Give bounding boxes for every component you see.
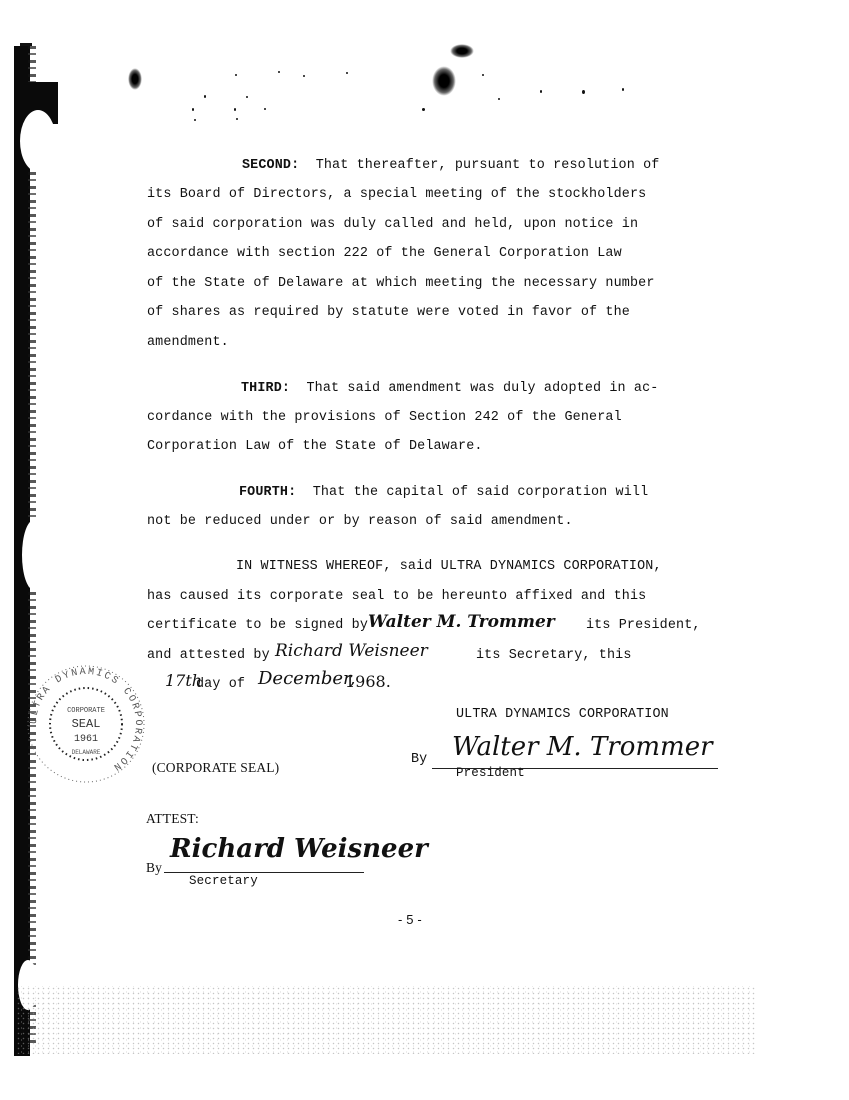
paragraph-fourth-heading: FOURTH: That the capital of said corpora… — [239, 485, 648, 500]
seal-caption: (CORPORATE SEAL) — [152, 760, 279, 776]
punch-hole — [22, 520, 46, 590]
witness-line: its Secretary, this — [476, 648, 632, 663]
president-title: President — [456, 766, 525, 780]
paragraph-second-line: accordance with section 222 of the Gener… — [147, 246, 622, 261]
svg-text:SEAL: SEAL — [72, 717, 101, 731]
svg-text:DELAWARE: DELAWARE — [72, 749, 101, 756]
punch-hole — [20, 110, 56, 172]
svg-text:1961: 1961 — [74, 734, 98, 745]
paragraph-third-line: cordance with the provisions of Section … — [147, 410, 622, 425]
paragraph-second-line: of shares as required by statute were vo… — [147, 305, 630, 320]
scan-speck — [432, 66, 456, 96]
page-number: - 5 - — [398, 912, 422, 927]
scan-noise — [16, 986, 756, 1054]
witness-line: IN WITNESS WHEREOF, said ULTRA DYNAMICS … — [236, 559, 662, 574]
svg-text:CORPORATE: CORPORATE — [67, 707, 105, 715]
by-label: By — [411, 752, 427, 767]
witness-line: day of — [196, 677, 245, 692]
attest-label: ATTEST: — [146, 811, 199, 827]
secretary-signature: Richard Weisneer — [170, 834, 428, 864]
paragraph-second-line: its Board of Directors, a special meetin… — [147, 187, 646, 202]
date-year: 1968. — [345, 672, 391, 691]
president-signature: Walter M. Trommer — [452, 732, 713, 762]
attest-by-label: By — [146, 860, 162, 876]
witness-line: has caused its corporate seal to be here… — [147, 589, 646, 604]
paragraph-fourth-line: not be reduced under or by reason of sai… — [147, 514, 573, 529]
witness-line: its President, — [586, 618, 701, 633]
corporate-seal-emblem: ULTRA DYNAMICS CORPORATION CORPORATE SEA… — [22, 660, 150, 788]
paragraph-second-heading: SECOND: That thereafter, pursuant to res… — [242, 158, 660, 173]
secretary-signature-line — [164, 872, 364, 873]
document-page: SECOND: That thereafter, pursuant to res… — [0, 0, 849, 1100]
handwritten-month: December, — [258, 668, 355, 689]
witness-line: and attested by — [147, 648, 270, 663]
secretary-title: Secretary — [189, 874, 258, 888]
scan-speck — [450, 44, 474, 58]
paragraph-second-line: of the State of Delaware at which meetin… — [147, 276, 655, 291]
witness-line: certificate to be signed by — [147, 618, 368, 633]
paragraph-second-line: amendment. — [147, 335, 229, 350]
handwritten-secretary-name: Richard Weisneer — [275, 641, 428, 661]
handwritten-president-name: Walter M. Trommer — [368, 612, 555, 632]
paragraph-second-line: of said corporation was duly called and … — [147, 217, 638, 232]
scan-speck — [128, 68, 142, 90]
company-name: ULTRA DYNAMICS CORPORATION — [456, 707, 669, 722]
scan-edge-mark — [20, 43, 32, 46]
paragraph-third-heading: THIRD: That said amendment was duly adop… — [241, 381, 659, 396]
paragraph-third-line: Corporation Law of the State of Delaware… — [147, 439, 483, 454]
